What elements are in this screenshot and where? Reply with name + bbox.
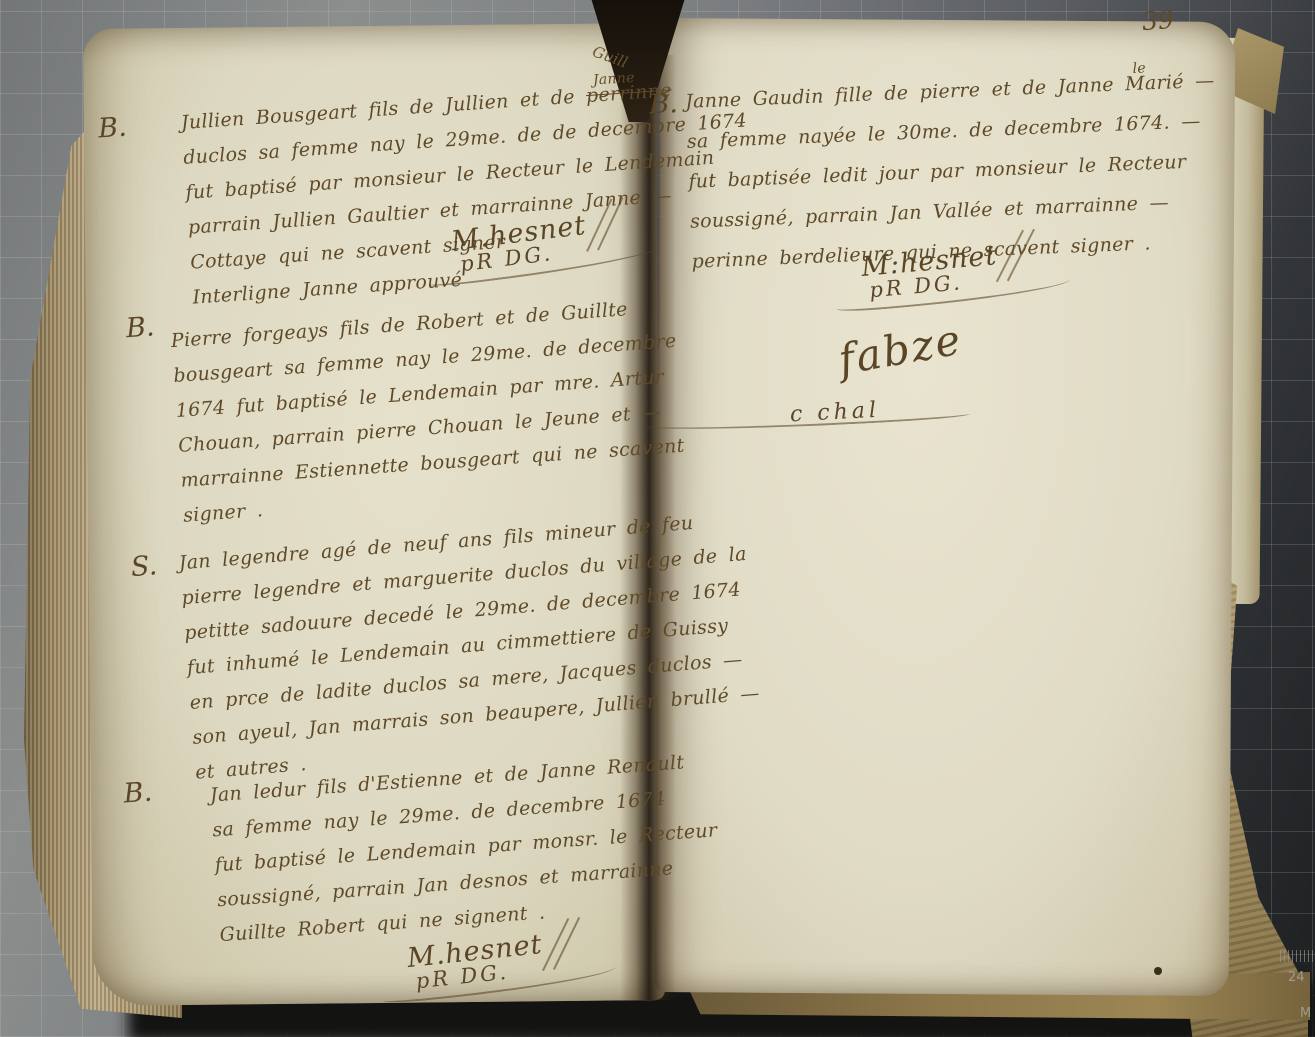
signature-flourish	[565, 196, 641, 254]
inserted-word: Janne	[592, 61, 636, 99]
record-lines: Pierre forgeays fils de Robert et de Gui…	[170, 289, 688, 534]
page-number: 39	[1141, 5, 1175, 36]
manuscript-photo: 39 Guill B. Jullien Bousgeart fils de Ju…	[0, 0, 1315, 1037]
inserted-word: le	[1132, 48, 1147, 89]
margin-letter: B.	[125, 311, 156, 344]
witness-paraph-2: c chal	[789, 398, 880, 428]
mat-ruler-label: 24	[1288, 970, 1305, 985]
priest-signature-right: M:hesnet pR DG.	[860, 240, 1000, 303]
signature-flourish	[522, 916, 597, 973]
interlinear-insertion: leMarié —	[1124, 61, 1215, 105]
mat-ruler-label: M	[1300, 1006, 1311, 1021]
margin-letter: B.	[649, 88, 679, 120]
record-lines: Jan ledur fils d'Estienne et de Janne Re…	[209, 743, 724, 953]
margin-letter: S.	[130, 550, 158, 583]
margin-letter: B.	[97, 112, 127, 145]
mat-ruler-ticks	[1280, 950, 1315, 962]
baptism-record-2: B. Pierre forgeays fils de Robert et de …	[121, 273, 688, 537]
margin-letter: B.	[123, 777, 154, 810]
signature-flourish	[977, 228, 1051, 284]
worm-hole	[1154, 967, 1162, 975]
